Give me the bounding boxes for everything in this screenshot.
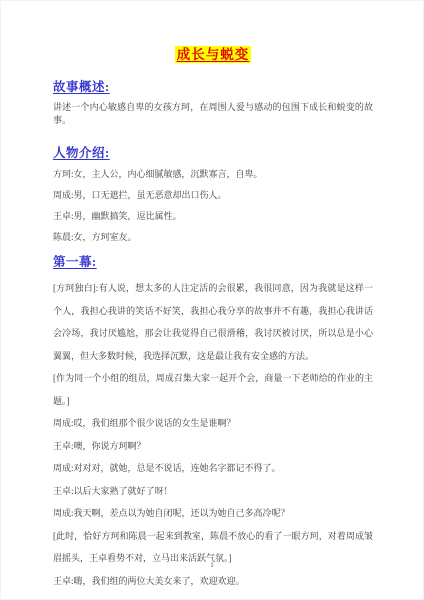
monologue-paragraph: [方珂独白]:有人说，想太多的人注定活的会很累，我很同意，因为我就是这样一个人，…: [53, 277, 373, 367]
dialogue-line: 周成:对对对，就她，总是不说话，连她名字都记不得了。: [53, 457, 373, 480]
dialogue-line: 王卓:噢，你说方珂啊？: [53, 435, 373, 458]
character-entry-chenchen: 陈晨:女，方珂室友。: [53, 227, 373, 248]
character-entry-zhoucheng: 周成:男，口无遮拦，虽无恶意却出口伤人。: [53, 185, 373, 206]
dialogue-line: 王卓:以后大家熟了就好了呀！: [53, 480, 373, 503]
act1-script: [方珂独白]:有人说，想太多的人注定活的会很累，我很同意，因为我就是这样一个人，…: [53, 277, 373, 592]
dialogue-line: 周成:哎，我们组那个很少说话的女生是谁啊？: [53, 412, 373, 435]
overview-text: 讲述一个内心敏感自卑的女孩方珂，在周围人爱与感动的包围下成长和蜕变的故事。: [53, 101, 373, 127]
section-heading-overview: 故事概述:: [53, 77, 373, 95]
document-page: 成长与蜕变 故事概述: 讲述一个内心敏感自卑的女孩方珂，在周围人爱与感动的包围下…: [0, 0, 424, 600]
stage-direction: [作为同一个小组的组员，周成召集大家一起开个会，商量一下老师给的作业的主题。]: [53, 367, 373, 412]
document-title: 成长与蜕变: [53, 0, 373, 63]
character-entry-fangke: 方珂:女，主人公，内心细腻敏感，沉默寡言，自卑。: [53, 164, 373, 185]
section-heading-characters: 人物介绍:: [53, 143, 373, 161]
page-number: 1: [0, 561, 424, 569]
character-entry-wangzhuo: 王卓:男，幽默搞笑，逗比属性。: [53, 206, 373, 227]
document-title-highlight: 成长与蜕变: [175, 46, 252, 63]
dialogue-line: 王卓:嗨，我们组的两位大美女来了，欢迎欢迎。: [53, 570, 373, 593]
dialogue-line: 周成:我天啊，差点以为她自闭呢，还以为她自己多高冷呢？: [53, 502, 373, 525]
page-content: 成长与蜕变 故事概述: 讲述一个内心敏感自卑的女孩方珂，在周围人爱与感动的包围下…: [53, 0, 373, 592]
character-list: 方珂:女，主人公，内心细腻敏感，沉默寡言，自卑。 周成:男，口无遮拦，虽无恶意却…: [53, 164, 373, 248]
section-heading-act1: 第一幕:: [53, 252, 373, 270]
